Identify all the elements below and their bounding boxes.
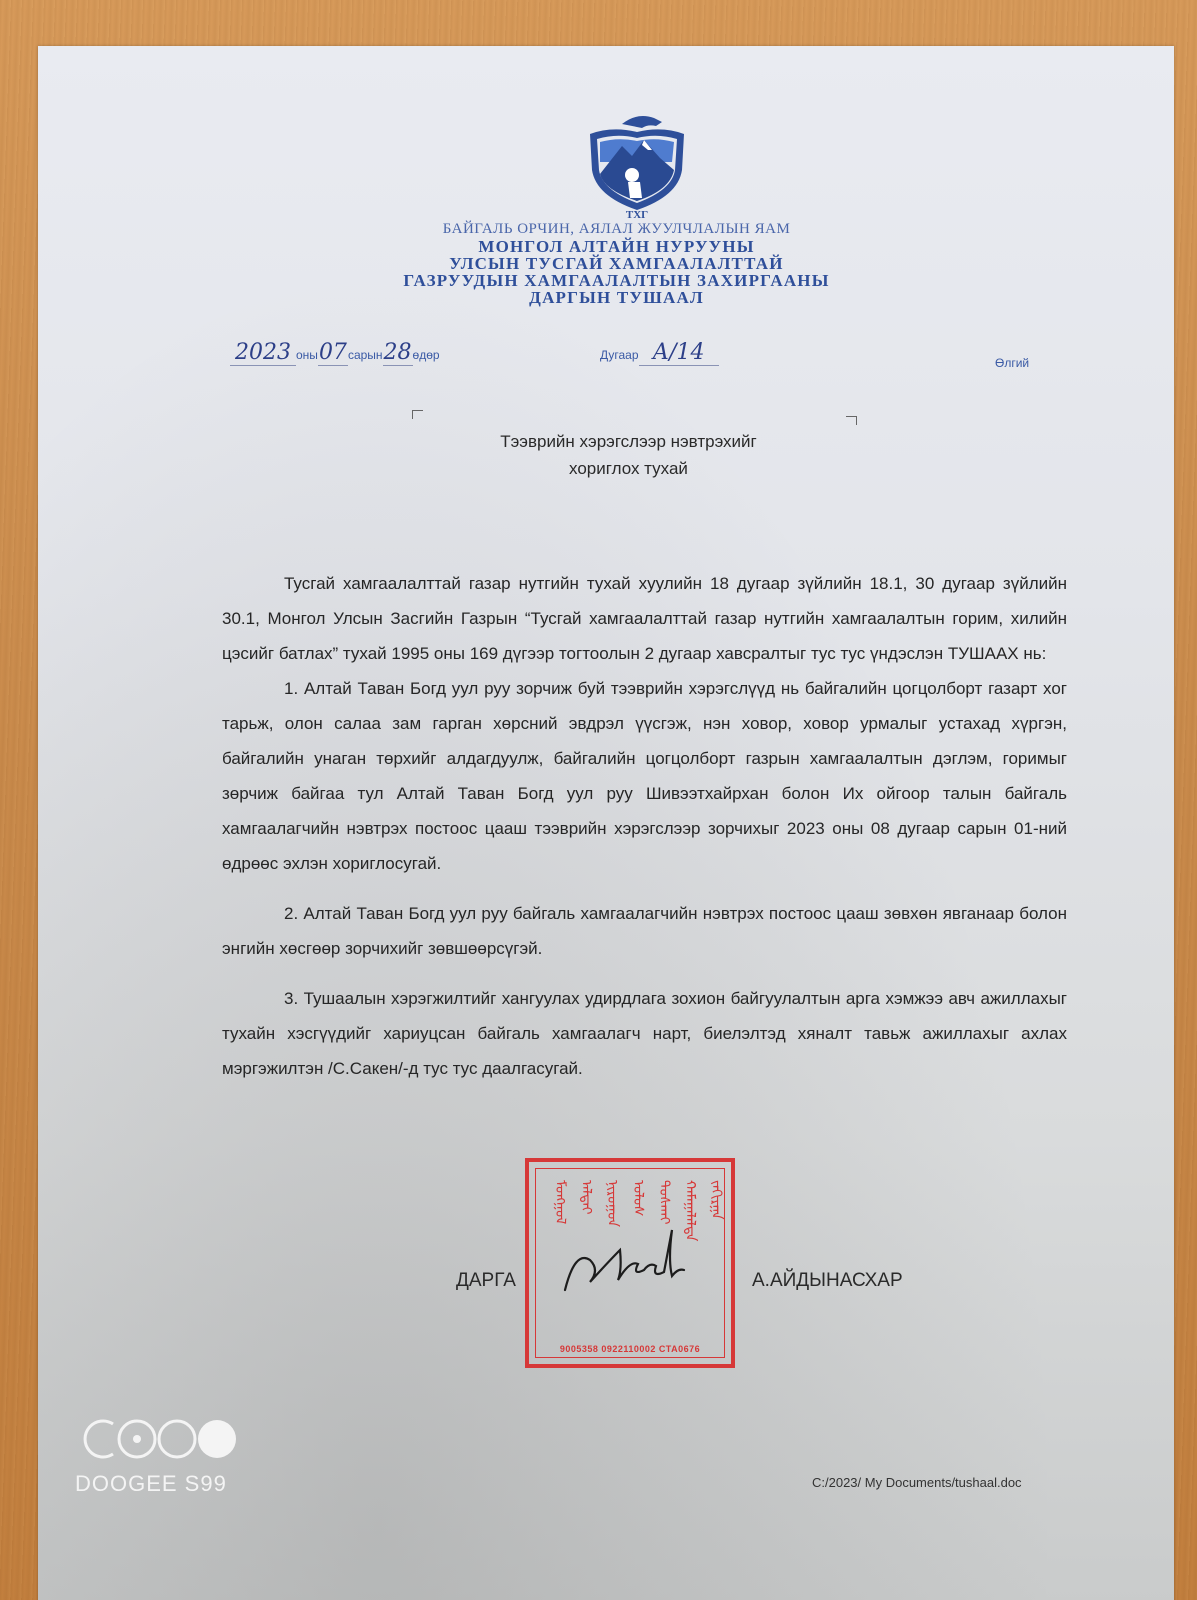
number-value: А/14 — [639, 340, 719, 366]
subject-bracket-right — [846, 416, 857, 425]
handwritten-signature-icon — [560, 1220, 700, 1300]
camera-watermark: DOOGEE S99 — [75, 1418, 240, 1497]
ministry-name: БАЙГАЛЬ ОРЧИН, АЯЛАЛ ЖУУЛЧЛАЛЫН ЯАМ — [36, 220, 1197, 238]
preamble: Тусгай хамгаалалттай газар нутгийн тухай… — [222, 566, 1067, 671]
date-year: 2023 — [230, 340, 296, 366]
signatory-title: ДАРГА — [456, 1270, 516, 1292]
stamp-registration-code: 9005358 0922110002 СТА0676 — [529, 1344, 731, 1354]
camera-brand-logo-icon — [75, 1418, 240, 1460]
number-label: Дугаар — [600, 348, 639, 362]
date-day: 28 — [383, 340, 413, 366]
order-date: 2023оны07сарын28өдөр — [230, 340, 440, 366]
camera-brand-label: DOOGEE S99 — [75, 1471, 240, 1497]
order-item-2: 2. Алтай Таван Богд уул руу байгаль хамг… — [222, 896, 1067, 966]
order-item-1: 1. Алтай Таван Богд уул руу зорчиж буй т… — [222, 671, 1067, 881]
svg-text:ТХГ: ТХГ — [626, 209, 648, 220]
emblem-logo-icon: ТХГ — [582, 112, 692, 220]
subject-line-1: Тээврийн хэрэгслээр нэвтрэхийг — [30, 428, 1197, 455]
order-item-3: 3. Тушаалын хэрэгжилтийг хангуулах удирд… — [222, 981, 1067, 1086]
subject-bracket-left — [412, 410, 423, 419]
signatory-name: А.АЙДЫНАСХАР — [752, 1270, 903, 1292]
letterhead: БАЙГАЛЬ ОРЧИН, АЯЛАЛ ЖУУЛЧЛАЛЫН ЯАМ МОНГ… — [0, 220, 1197, 306]
org-line-1: МОНГОЛ АЛТАЙН НУРУУНЫ — [36, 238, 1197, 255]
file-path: C:/2023/ My Documents/tushaal.doc — [812, 1475, 1022, 1490]
day-label: өдөр — [413, 348, 440, 362]
order-body: Тусгай хамгаалалттай газар нутгийн тухай… — [222, 566, 1067, 1101]
org-line-3: ГАЗРУУДЫН ХАМГААЛАЛТЫН ЗАХИРГААНЫ — [36, 272, 1197, 289]
order-subject: Тээврийн хэрэгслээр нэвтрэхийг хориглох … — [30, 428, 1197, 482]
year-label: оны — [296, 348, 318, 362]
place: Өлгий — [995, 356, 1029, 370]
order-title: ДАРГЫН ТУШААЛ — [36, 289, 1197, 306]
date-month: 07 — [318, 340, 348, 366]
stamp-script-column: ᠵᠠᠬᠢᠷᠭᠠ — [705, 1180, 717, 1300]
order-number: ДугаарА/14 — [600, 340, 719, 366]
month-label: сарын — [348, 348, 383, 362]
org-line-2: УЛСЫН ТУСГАЙ ХАМГААЛАЛТТАЙ — [36, 255, 1197, 272]
subject-line-2: хориглох тухай — [30, 455, 1197, 482]
document-meta: 2023оны07сарын28өдөр ДугаарА/14 Өлгий — [230, 340, 1090, 370]
